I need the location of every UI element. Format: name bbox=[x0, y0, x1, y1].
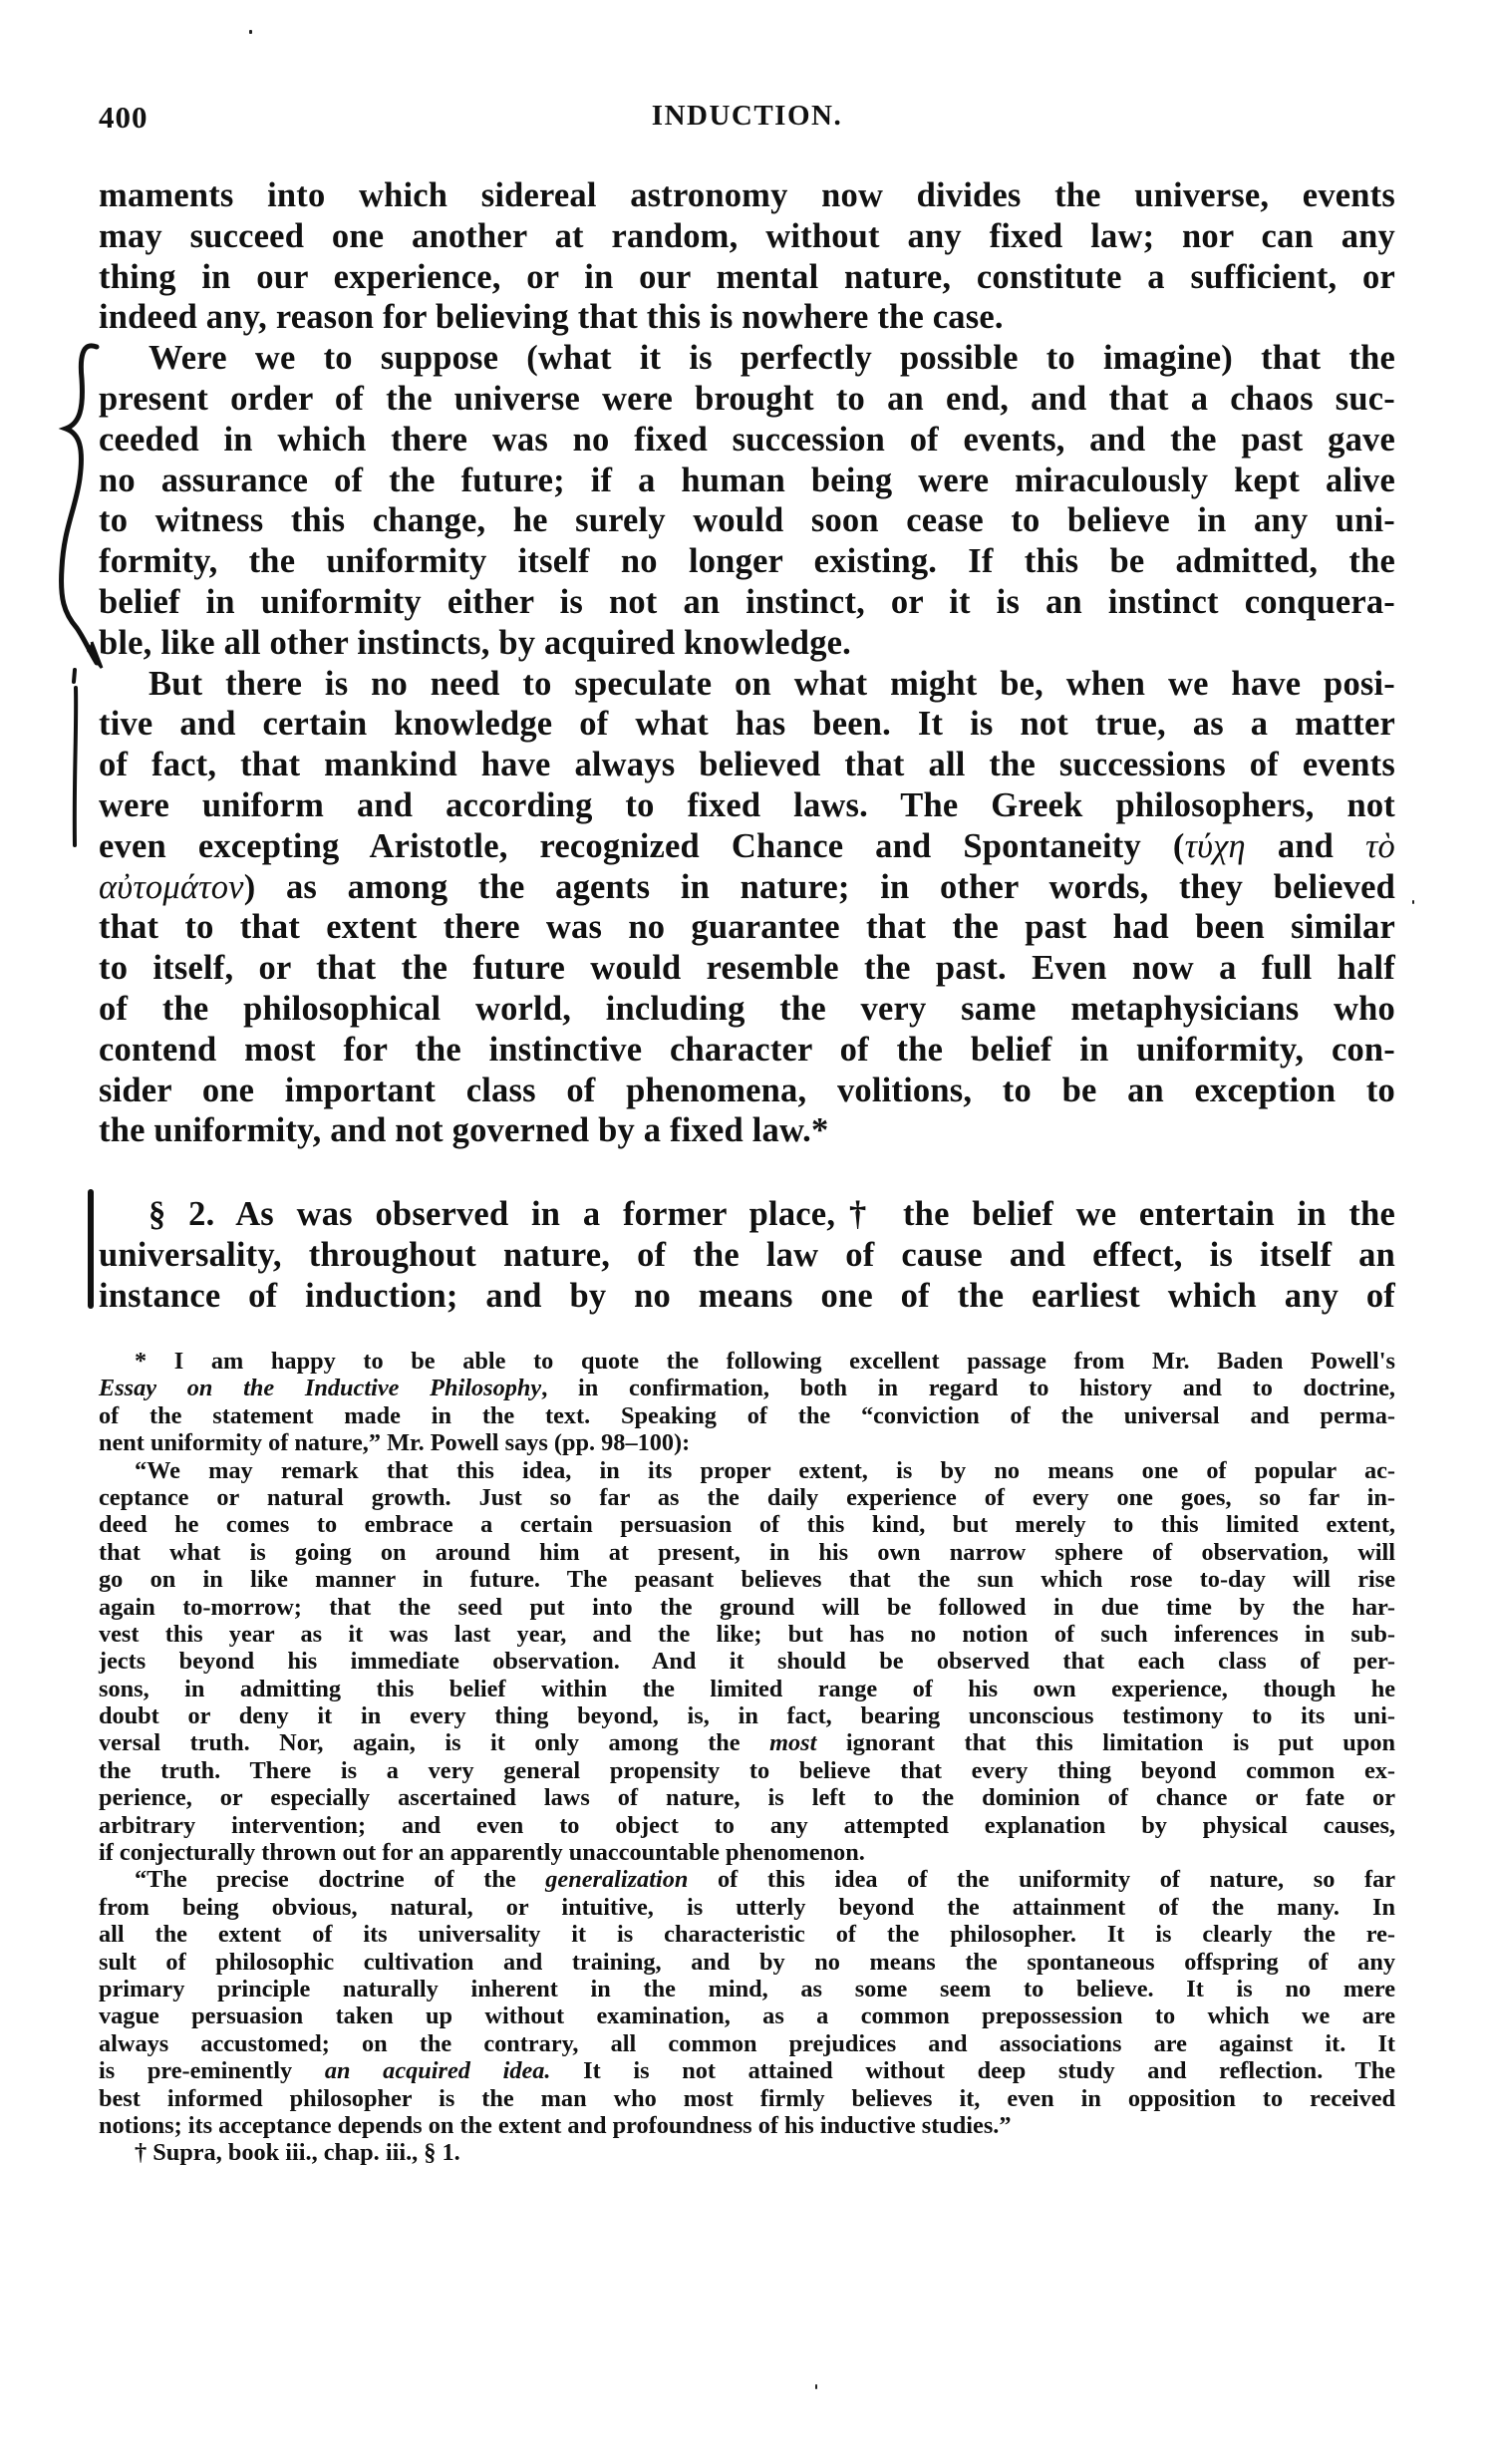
footnote-line: vague persuasion taken up without examin… bbox=[99, 2002, 1395, 2029]
dagger-footnote: † Supra, book iii., chap. iii., § 1. bbox=[99, 2139, 1395, 2166]
text-run: It is not attained without deep study an… bbox=[550, 2057, 1395, 2084]
text-line: no assurance of the future; if a human b… bbox=[99, 461, 1395, 501]
footnotes: * I am happy to be able to quote the fol… bbox=[99, 1348, 1395, 2167]
footnote-line: from being obvious, natural, or intuitiv… bbox=[99, 1894, 1395, 1921]
footnote-line: all the extent of its universality it is… bbox=[99, 1921, 1395, 1948]
footnote-line: * I am happy to be able to quote the fol… bbox=[99, 1348, 1395, 1375]
footnote-line: arbitrary intervention; and even to obje… bbox=[99, 1812, 1395, 1839]
text-run: ignorant that this limitation is put upo… bbox=[816, 1729, 1395, 1756]
text-line: Were we to suppose (what it is perfectly… bbox=[99, 338, 1395, 379]
footnote-line: primary principle naturally inherent in … bbox=[99, 1976, 1395, 2002]
book-page: 400 INDUCTION. maments into which sidere… bbox=[0, 0, 1490, 2464]
footnote-line: doubt or deny it in every thing beyond, … bbox=[99, 1702, 1395, 1729]
text-line: of the philosophical world, including th… bbox=[99, 989, 1395, 1030]
greek-word: τὸ bbox=[1365, 827, 1395, 865]
footnote-line: always accustomed; on the contrary, all … bbox=[99, 2030, 1395, 2057]
footnote-line: deed he comes to embrace a certain persu… bbox=[99, 1511, 1395, 1538]
footnote-line: “The precise doctrine of the generalizat… bbox=[99, 1866, 1395, 1893]
section-2-line: § 2. As was observed in a former place,†… bbox=[99, 1194, 1395, 1235]
text-line: ble, like all other instincts, by acquir… bbox=[99, 623, 1395, 664]
footnote-line: of the statement made in the text. Speak… bbox=[99, 1402, 1395, 1429]
stray-mark-right bbox=[1412, 900, 1414, 904]
text-line: the uniformity, and not governed by a fi… bbox=[99, 1110, 1395, 1151]
text-line: maments into which sidereal astronomy no… bbox=[99, 175, 1395, 216]
text-run: versal truth. Nor, again, is it only amo… bbox=[99, 1729, 769, 1756]
text-line: thing in our experience, or in our menta… bbox=[99, 257, 1395, 298]
greek-word: αὐτομάτον bbox=[99, 868, 244, 906]
text-line-greek: even excepting Aristotle, recognized Cha… bbox=[99, 826, 1395, 867]
main-text: maments into which sidereal astronomy no… bbox=[99, 175, 1395, 1317]
emphasis: an acquired idea. bbox=[325, 2057, 551, 2084]
text-line: tive and certain knowledge of what has b… bbox=[99, 704, 1395, 745]
footnote-line: best informed philosopher is the man who… bbox=[99, 2085, 1395, 2112]
stray-mark-top bbox=[249, 30, 252, 34]
footnote-line: is pre-eminently an acquired idea. It is… bbox=[99, 2057, 1395, 2084]
footnote-line: again to-morrow; that the seed put into … bbox=[99, 1594, 1395, 1621]
footnote-line: the truth. There is a very general prope… bbox=[99, 1757, 1395, 1784]
footnote-line: sons, in admitting this belief within th… bbox=[99, 1676, 1395, 1702]
text-run: even excepting Aristotle, recognized Cha… bbox=[99, 827, 1185, 865]
text-line: But there is no need to speculate on wha… bbox=[99, 664, 1395, 705]
footnote-line: Essay on the Inductive Philosophy, in co… bbox=[99, 1375, 1395, 1401]
text-line: present order of the universe were broug… bbox=[99, 379, 1395, 420]
text-run: ) as among the agents in nature; in othe… bbox=[244, 868, 1395, 906]
text-line: of fact, that mankind have always believ… bbox=[99, 745, 1395, 785]
footnote-line: jects beyond his immediate observation. … bbox=[99, 1648, 1395, 1675]
text-line: indeed any, reason for believing that th… bbox=[99, 297, 1395, 338]
text-line: were uniform and according to fixed laws… bbox=[99, 785, 1395, 826]
text-line: belief in uniformity either is not an in… bbox=[99, 582, 1395, 623]
text-line: to witness this change, he surely would … bbox=[99, 500, 1395, 541]
footnote-line: nent uniformity of nature,” Mr. Powell s… bbox=[99, 1429, 1395, 1456]
vertical-line-mark-icon bbox=[68, 668, 82, 852]
greek-word: τύχη bbox=[1185, 827, 1246, 865]
text-line: formity, the uniformity itself no longer… bbox=[99, 541, 1395, 582]
section-2-line: instance of induction; and by no means o… bbox=[99, 1276, 1395, 1317]
vertical-bar-mark-icon bbox=[86, 1189, 96, 1309]
text-run: is pre-eminently bbox=[99, 2057, 325, 2084]
text-line-greek: αὐτομάτον) as among the agents in nature… bbox=[99, 867, 1395, 908]
footnote-line: perience, or especially ascertained laws… bbox=[99, 1784, 1395, 1811]
footnote-line: sult of philosophic cultivation and trai… bbox=[99, 1949, 1395, 1976]
footnote-line: notions; its acceptance depends on the e… bbox=[99, 2112, 1395, 2139]
footnote-line: vest this year as it was last year, and … bbox=[99, 1621, 1395, 1648]
text-line: sider one important class of phenomena, … bbox=[99, 1071, 1395, 1111]
text-run: “The precise doctrine of the bbox=[135, 1866, 545, 1893]
footnote-line: ceptance or natural growth. Just so far … bbox=[99, 1484, 1395, 1511]
footnote-line: if conjecturally thrown out for an appar… bbox=[99, 1839, 1395, 1866]
text-line: ceeded in which there was no fixed succe… bbox=[99, 420, 1395, 461]
emphasis: generalization bbox=[545, 1866, 688, 1893]
text-line: that to that extent there was no guarant… bbox=[99, 907, 1395, 948]
text-run: and bbox=[1246, 827, 1365, 865]
text-line: contend most for the instinctive charact… bbox=[99, 1030, 1395, 1071]
running-head: 400 INDUCTION. bbox=[99, 100, 1395, 140]
book-title: Essay on the Inductive Philosophy bbox=[99, 1375, 541, 1401]
section-2-line: universality, throughout nature, of the … bbox=[99, 1235, 1395, 1276]
footnote-line: go on in like manner in future. The peas… bbox=[99, 1566, 1395, 1593]
text-line: may succeed one another at random, witho… bbox=[99, 216, 1395, 257]
stray-mark-bottom bbox=[815, 2384, 817, 2389]
text-run: of this idea of the uniformity of nature… bbox=[688, 1866, 1395, 1893]
emphasis: most bbox=[769, 1729, 816, 1756]
text-run: , in confirmation, both in regard to his… bbox=[541, 1375, 1395, 1401]
running-title: INDUCTION. bbox=[99, 100, 1395, 133]
footnote-line: that what is going on around him at pres… bbox=[99, 1539, 1395, 1566]
section-gap bbox=[99, 1151, 1395, 1194]
footnote-line: “We may remark that this idea, in its pr… bbox=[99, 1457, 1395, 1484]
text-line: to itself, or that the future would rese… bbox=[99, 948, 1395, 989]
footnote-line: versal truth. Nor, again, is it only amo… bbox=[99, 1729, 1395, 1756]
